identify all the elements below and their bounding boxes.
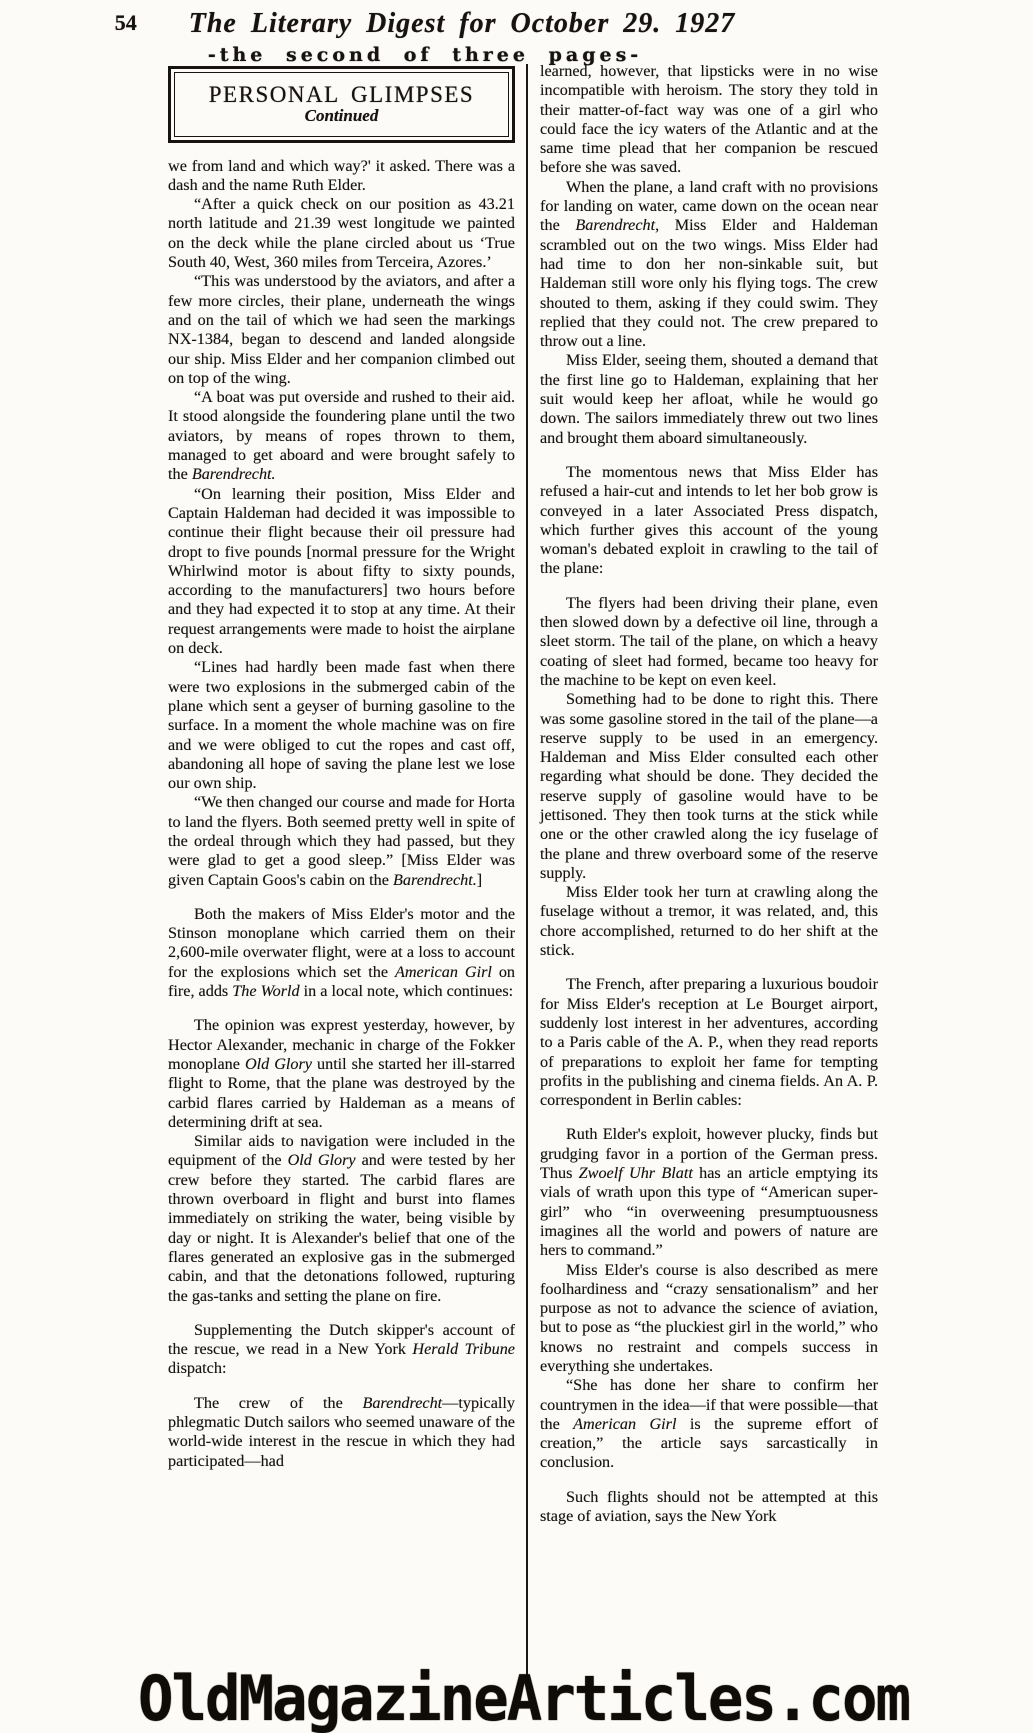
text-run: and were tested by her crew before they … [168, 1151, 515, 1304]
italic-text-run: Old Glory [245, 1055, 312, 1073]
watermark: OldMagazineArticles.com [138, 1662, 978, 1733]
paragraph: The momentous news that Miss Elder has r… [540, 463, 878, 579]
paragraph: Miss Elder took her turn at crawling alo… [540, 883, 878, 960]
text-run: dispatch: [168, 1359, 226, 1377]
italic-text-run: The World [232, 982, 299, 1000]
paragraph: “Lines had hardly been made fast when th… [168, 658, 515, 793]
italic-text-run: Barendrecht. [393, 871, 477, 889]
journal-title: The Literary Digest for October 29. 1927 [189, 8, 736, 39]
text-run: The French, after preparing a luxurious … [540, 975, 878, 1109]
section-title: PERSONAL GLIMPSES [181, 85, 502, 104]
text-run: we from land and which way?' it asked. T… [168, 157, 515, 194]
paragraph: “After a quick check on our position as … [168, 195, 515, 272]
paragraph: we from land and which way?' it asked. T… [168, 157, 515, 196]
italic-text-run: American Girl [395, 963, 492, 981]
text-run: Such flights should not be attempted at … [540, 1488, 878, 1525]
paragraph: “A boat was put overside and rushed to t… [168, 388, 515, 484]
text-run: “On learning their position, Miss Elder … [168, 485, 515, 657]
italic-text-run: Herald Tribune [412, 1340, 515, 1358]
text-run: , Miss Elder and Haldeman scrambled out … [540, 216, 878, 350]
page-number: 54 [115, 10, 137, 35]
paragraph: The crew of the Barendrecht—typically ph… [168, 1394, 515, 1471]
text-run: in a local note, which continues: [300, 982, 514, 1000]
paragraph: Ruth Elder's exploit, however plucky, fi… [540, 1125, 878, 1260]
text-run: Miss Elder's course is also described as… [540, 1261, 878, 1375]
page-header: 54The Literary Digest for October 29. 19… [0, 8, 850, 40]
magazine-page: 54The Literary Digest for October 29. 19… [0, 0, 1033, 1733]
paragraph: The flyers had been driving their plane,… [540, 594, 878, 690]
italic-text-run: Barendrecht. [192, 465, 276, 483]
column-divider-rule [526, 64, 528, 1686]
section-box: PERSONAL GLIMPSES Continued [168, 66, 515, 143]
paragraph: When the plane, a land craft with no pro… [540, 178, 878, 352]
text-run: Something had to be done to right this. … [540, 690, 878, 882]
paragraph: “We then changed our course and made for… [168, 793, 515, 889]
paragraph: Both the makers of Miss Elder's motor an… [168, 905, 515, 1001]
column-left: PERSONAL GLIMPSES Continued we from land… [168, 64, 515, 1471]
text-run: learned, however, that lipsticks were in… [540, 62, 878, 176]
paragraph: Something had to be done to right this. … [540, 690, 878, 883]
text-run: Miss Elder took her turn at crawling alo… [540, 883, 878, 959]
column-right-text: learned, however, that lipsticks were in… [540, 62, 878, 1526]
text-run: The momentous news that Miss Elder has r… [540, 463, 878, 577]
text-run: “Lines had hardly been made fast when th… [168, 658, 515, 792]
paragraph: Miss Elder's course is also described as… [540, 1261, 878, 1377]
text-run: “After a quick check on our position as … [168, 195, 515, 271]
column-right: learned, however, that lipsticks were in… [540, 62, 878, 1526]
italic-text-run: American Girl [573, 1415, 676, 1433]
text-run: “This was understood by the aviators, an… [168, 272, 515, 386]
paragraph: Miss Elder, seeing them, shouted a deman… [540, 351, 878, 447]
paragraph: “This was understood by the aviators, an… [168, 272, 515, 388]
text-run: Miss Elder, seeing them, shouted a deman… [540, 351, 878, 446]
text-run: The crew of the [194, 1394, 362, 1412]
column-left-text: we from land and which way?' it asked. T… [168, 157, 515, 1471]
paragraph: “On learning their position, Miss Elder … [168, 485, 515, 659]
section-subtitle: Continued [181, 106, 502, 125]
paragraph: Similar aids to navigation were included… [168, 1132, 515, 1306]
paragraph: Such flights should not be attempted at … [540, 1488, 878, 1527]
italic-text-run: Barendrecht [362, 1394, 442, 1412]
paragraph: learned, however, that lipsticks were in… [540, 62, 878, 178]
text-run: The flyers had been driving their plane,… [540, 594, 878, 689]
italic-text-run: Zwoelf Uhr Blatt [579, 1164, 693, 1182]
paragraph: The opinion was exprest yesterday, howev… [168, 1016, 515, 1132]
italic-text-run: Barendrecht [575, 216, 655, 234]
text-run: ] [477, 871, 482, 889]
paragraph: The French, after preparing a luxurious … [540, 975, 878, 1110]
paragraph: Supplementing the Dutch skipper's accoun… [168, 1321, 515, 1379]
section-box-inner: PERSONAL GLIMPSES Continued [174, 72, 509, 137]
italic-text-run: Old Glory [288, 1151, 356, 1169]
paragraph: “She has done her share to confirm her c… [540, 1376, 878, 1472]
